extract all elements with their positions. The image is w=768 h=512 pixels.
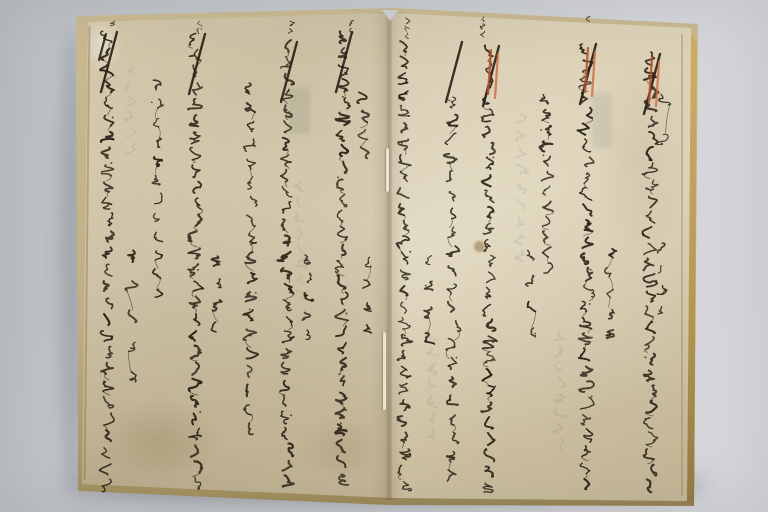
age-stain: [598, 58, 690, 268]
age-stain: [95, 398, 225, 482]
age-spot: [474, 241, 485, 252]
page-edge-line: [681, 34, 683, 496]
binding-thread-lower: [382, 332, 386, 410]
show-through-mark: [592, 94, 612, 148]
binding-thread-upper: [385, 148, 389, 192]
photo-background: すてなほいはきそなもうらうされ人よあめの一をそりはへらく題惠讀人不知ゆく人こもひ…: [0, 0, 768, 512]
age-stain: [296, 415, 386, 481]
show-through-mark: [288, 88, 310, 134]
